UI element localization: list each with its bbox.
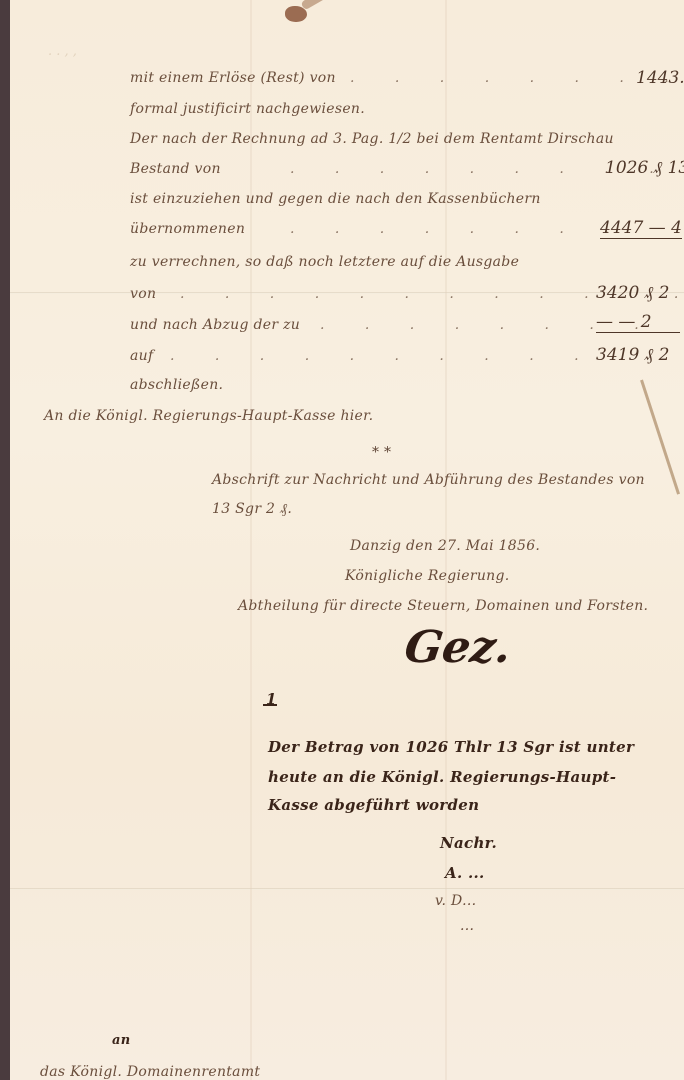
ledger-amount: — — 2 <box>596 312 680 333</box>
ledger-amount: 1443. <box>636 68 684 88</box>
annotation-signoff: A. ... <box>445 864 485 882</box>
ledger-amount: 4447 — 4 <box>600 218 682 238</box>
annotation-signoff: v. D... <box>435 893 476 909</box>
fold-crease <box>250 0 252 1080</box>
ledger-line: und nach Abzug der zu <box>130 317 300 333</box>
department: Abtheilung für directe Steuern, Domainen… <box>238 598 648 614</box>
ledger-line: Bestand von <box>130 161 221 177</box>
dot-leader: . . . . . . . . . <box>350 70 684 86</box>
signature: Gez. <box>401 622 514 673</box>
amount-underlined: — — 2 <box>596 312 680 333</box>
ledger-line: mit einem Erlöse (Rest) von <box>130 70 336 86</box>
wax-seal-stain <box>285 6 307 22</box>
ledger-amount: 1026 ₰ 13 <box>605 158 684 178</box>
ledger-line: Der nach der Rechnung ad 3. Pag. 1/2 bei… <box>130 131 614 147</box>
place-date: Danzig den 27. Mai 1856. <box>350 538 540 554</box>
annotation-signoff: Nachr. <box>440 834 497 852</box>
annotation-line: Der Betrag von 1026 Thlr 13 Sgr ist unte… <box>268 738 634 756</box>
addressee: An die Königl. Regierungs-Haupt-Kasse hi… <box>44 408 373 424</box>
copy-note: 13 Sgr 2 ₰. <box>212 501 292 518</box>
dot-leader: . . . . . . . . <box>290 221 627 237</box>
ledger-line: abschließen. <box>130 377 223 393</box>
ledger-line: zu verrechnen, so daß noch letztere auf … <box>130 254 519 270</box>
separator: ⁎ ⁎ <box>372 440 391 456</box>
annotation-signoff: ... <box>460 918 474 934</box>
margin-underline <box>263 704 277 706</box>
ledger-line: formal justificirt nachgewiesen. <box>130 101 365 117</box>
footer-address: das Königl. Domainenrentamt <box>40 1064 260 1080</box>
copy-note: Abschrift zur Nachricht und Abführung de… <box>212 472 645 488</box>
amount-underlined: 4447 — 4 <box>600 218 682 239</box>
ledger-line: ist einzuziehen und gegen die nach den K… <box>130 191 541 207</box>
ledger-amount: 3420 ₰ 2 <box>596 283 669 303</box>
authority: Königliche Regierung. <box>345 568 510 584</box>
ledger-line: übernommenen <box>130 221 245 237</box>
ledger-amount: 3419 ₰ 2 <box>596 345 669 365</box>
fold-crease <box>10 888 684 890</box>
annotation-line: heute an die Königl. Regierungs-Haupt- <box>268 768 616 786</box>
ledger-line: auf <box>130 348 153 364</box>
ledger-line: von <box>130 286 156 302</box>
bleed-through-text: . . , , <box>48 44 77 59</box>
footer-address: an <box>112 1033 130 1048</box>
annotation-line: Kasse abgeführt worden <box>268 796 479 814</box>
scan-dark-edge <box>0 0 10 1080</box>
